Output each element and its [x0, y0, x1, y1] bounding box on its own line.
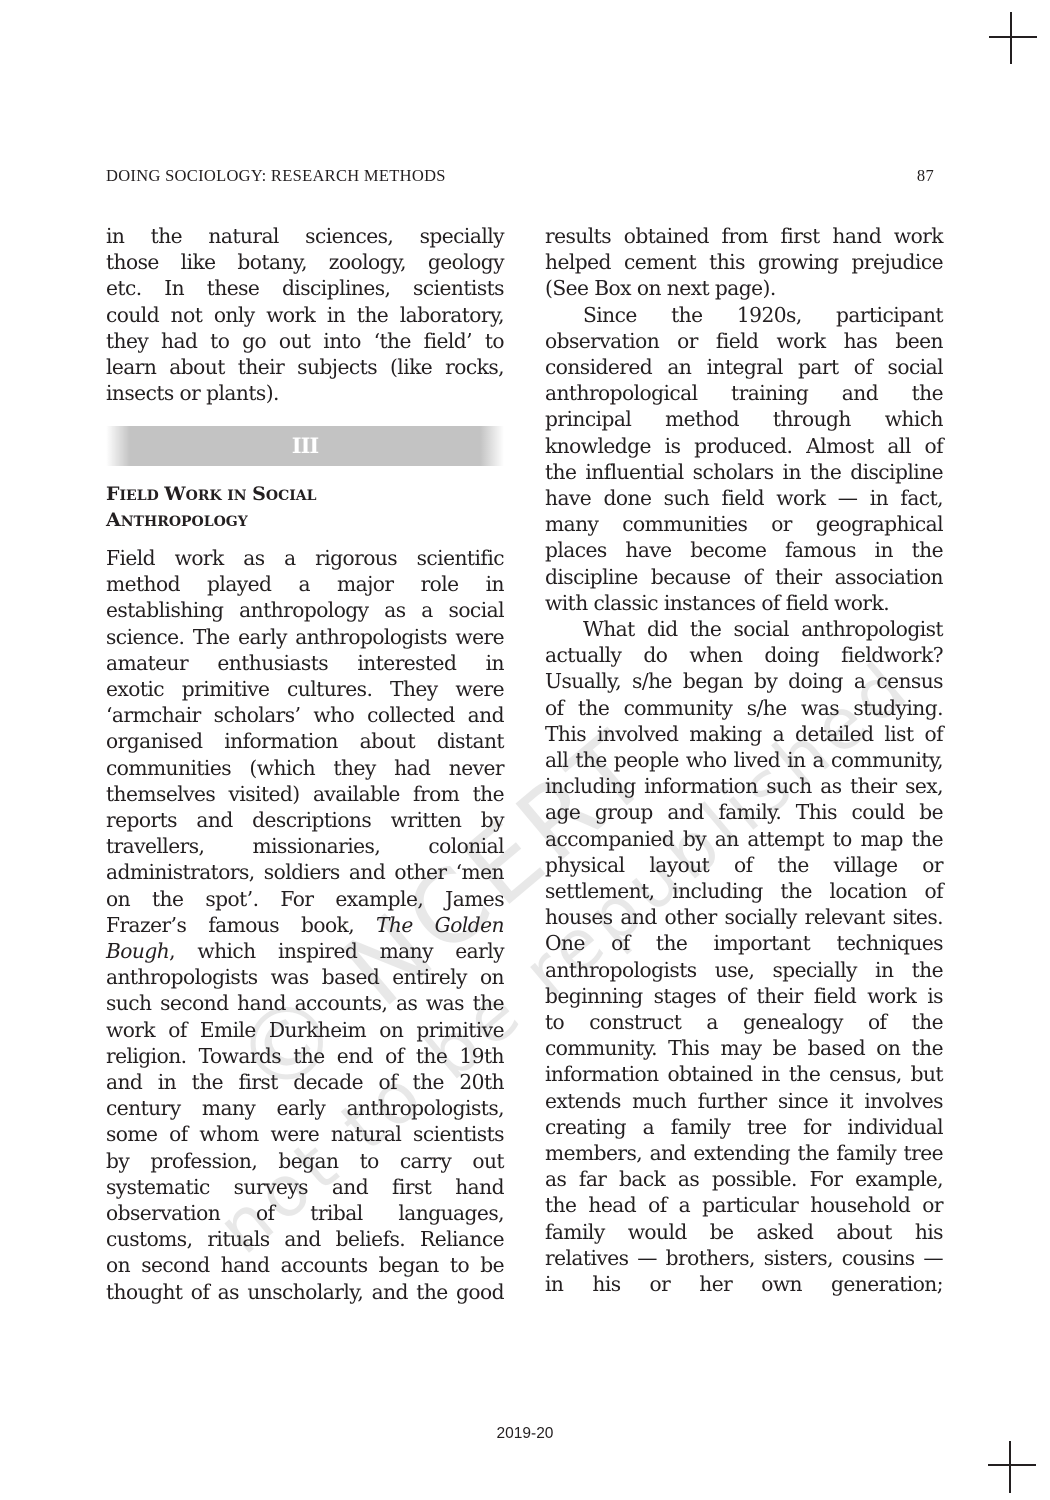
text-line: on second hand accounts began to be: [106, 1252, 504, 1278]
text-line: creating a family tree for individual: [545, 1114, 943, 1140]
text-line: discipline because of their association: [545, 564, 943, 590]
text-line: knowledge is produced. Almost all of: [545, 433, 943, 459]
text-line: with classic instances of field work.: [545, 590, 943, 616]
text-line: customs, rituals and beliefs. Reliance: [106, 1226, 504, 1252]
text-line: relatives — brothers, sisters, cousins —: [545, 1245, 943, 1271]
text-line: beginning stages of their field work is: [545, 983, 943, 1009]
text-line: This involved making a detailed list of: [545, 721, 943, 747]
text-line: accompanied by an attempt to map the: [545, 826, 943, 852]
text-line: as far back as possible. For example,: [545, 1166, 943, 1192]
page-number: 87: [917, 166, 934, 186]
text-line: anthropologists was based entirely on: [106, 964, 504, 990]
crop-mark-top-right-horizontal: [989, 36, 1037, 38]
text-line: the head of a particular household or: [545, 1192, 943, 1218]
text-line: science. The early anthropologists were: [106, 624, 504, 650]
text-line: themselves visited) available from the: [106, 781, 504, 807]
text-line: many communities or geographical: [545, 511, 943, 537]
text-line: community. This may be based on the: [545, 1035, 943, 1061]
text-line: organised information about distant: [106, 728, 504, 754]
text-line: family would be asked about his: [545, 1219, 943, 1245]
text-line: age group and family. This could be: [545, 799, 943, 825]
text-line: places have become famous in the: [545, 537, 943, 563]
text-line: have done such field work — in fact,: [545, 485, 943, 511]
crop-mark-top-right-vertical: [1010, 12, 1012, 64]
text-line: could not only work in the laboratory,: [106, 302, 504, 328]
text-line: religion. Towards the end of the 19th: [106, 1043, 504, 1069]
running-title: DOING SOCIOLOGY: RESEARCH METHODS: [106, 166, 446, 186]
text-line: century many early anthropologists,: [106, 1095, 504, 1121]
text-line: insects or plants).: [106, 380, 504, 406]
crop-mark-bottom-right-vertical: [1009, 1441, 1011, 1493]
text-line: principal method through which: [545, 406, 943, 432]
section-heading: FIELD WORK IN SOCIAL ANTHROPOLOGY: [106, 483, 316, 535]
text-line: they had to go out into ‘the field’ to: [106, 328, 504, 354]
text-line: One of the important techniques: [545, 930, 943, 956]
text-line: the influential scholars in the discipli…: [545, 459, 943, 485]
text-line: observation or field work has been: [545, 328, 943, 354]
text-line: exotic primitive cultures. They were: [106, 676, 504, 702]
section-heading-line-2: ANTHROPOLOGY: [106, 509, 316, 535]
text-line: communities (which they had never: [106, 755, 504, 781]
text-line: travellers, missionaries, colonial: [106, 833, 504, 859]
book-title: Bough: [106, 939, 169, 963]
text-line: learn about their subjects (like rocks,: [106, 354, 504, 380]
section-numeral: III: [292, 433, 318, 458]
crop-mark-bottom-right-horizontal: [988, 1464, 1036, 1466]
text-line: in his or her own generation;: [545, 1271, 943, 1297]
text-line: helped cement this growing prejudice: [545, 249, 943, 275]
section-heading-line-1: FIELD WORK IN SOCIAL: [106, 483, 316, 509]
paragraph-start-line: Since the 1920s, participant: [545, 302, 943, 328]
text-line: systematic surveys and first hand: [106, 1174, 504, 1200]
text-line: reports and descriptions written by: [106, 807, 504, 833]
text-line: settlement, including the location of: [545, 878, 943, 904]
text-line: results obtained from first hand work: [545, 223, 943, 249]
text-line: actually do when doing fieldwork?: [545, 642, 943, 668]
text-line: houses and other socially relevant sites…: [545, 904, 943, 930]
text-line: (See Box on next page).: [545, 275, 943, 301]
text-line: including information such as their sex,: [545, 773, 943, 799]
text-line: amateur enthusiasts interested in: [106, 650, 504, 676]
text-line: on the spot’. For example, James: [106, 886, 504, 912]
text-line: in the natural sciences, specially: [106, 223, 504, 249]
text-line: establishing anthropology as a social: [106, 597, 504, 623]
text-line-with-book-title: Bough, which inspired many early: [106, 938, 504, 964]
text-line: physical layout of the village or: [545, 852, 943, 878]
text-line: such second hand accounts, as was the: [106, 990, 504, 1016]
text-line: administrators, soldiers and other ‘men: [106, 859, 504, 885]
section-number-bar: III: [106, 426, 504, 466]
text-line: thought of as unscholarly, and the good: [106, 1279, 504, 1305]
text-line: extends much further since it involves: [545, 1088, 943, 1114]
text-line-with-book-title: Frazer’s famous book, The Golden: [106, 912, 504, 938]
text-line: members, and extending the family tree: [545, 1140, 943, 1166]
text-line: information obtained in the census, but: [545, 1061, 943, 1087]
text-line: some of whom were natural scientists: [106, 1121, 504, 1147]
text-line: Field work as a rigorous scientific: [106, 545, 504, 571]
paragraph-start-line: What did the social anthropologist: [545, 616, 943, 642]
text-line: by profession, began to carry out: [106, 1148, 504, 1174]
text-line: those like botany, zoology, geology: [106, 249, 504, 275]
text-line: to construct a genealogy of the: [545, 1009, 943, 1035]
text-line: method played a major role in: [106, 571, 504, 597]
text-line: work of Emile Durkheim on primitive: [106, 1017, 504, 1043]
text-line: anthropological training and the: [545, 380, 943, 406]
running-header: DOING SOCIOLOGY: RESEARCH METHODS 87: [106, 166, 934, 186]
text-line: and in the first decade of the 20th: [106, 1069, 504, 1095]
text-line: anthropologists use, specially in the: [545, 957, 943, 983]
footer-year: 2019-20: [0, 1425, 1050, 1443]
text-line: ‘armchair scholars’ who collected and: [106, 702, 504, 728]
text-line: etc. In these disciplines, scientists: [106, 275, 504, 301]
text-line: all the people who lived in a community,: [545, 747, 943, 773]
text-line: observation of tribal languages,: [106, 1200, 504, 1226]
text-line: considered an integral part of social: [545, 354, 943, 380]
book-title: The Golden: [376, 913, 504, 937]
text-line: Usually, s/he began by doing a census: [545, 668, 943, 694]
text-line: of the community s/he was studying.: [545, 695, 943, 721]
